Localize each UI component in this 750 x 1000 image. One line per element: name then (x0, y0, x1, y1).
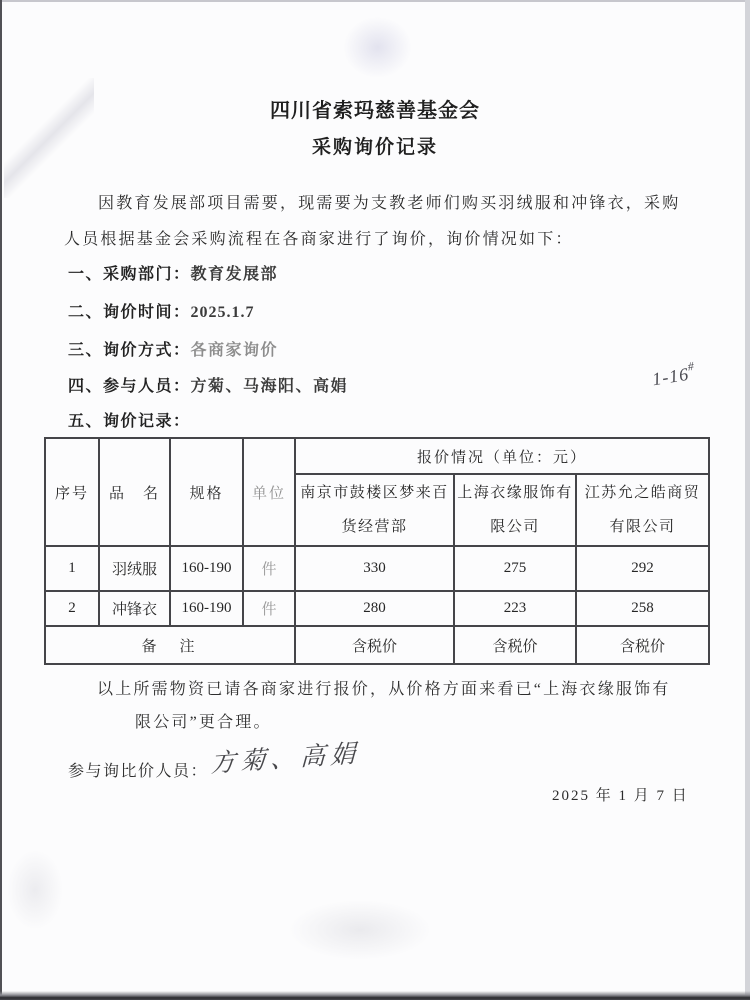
cell-unit: 件 (243, 546, 295, 591)
remark-label-cell: 备 注 (45, 626, 295, 664)
document-subtitle: 采购询价记录 (0, 132, 750, 159)
scan-edge-right (745, 0, 750, 1000)
document-title: 四川省索玛慈善基金会 (0, 94, 750, 123)
cell-spec: 160-190 (170, 591, 243, 626)
list-item-department: 一、采购部门：教育发展部 (68, 261, 278, 284)
scan-bleedthrough-artifact (330, 5, 425, 90)
cell-seq: 1 (45, 546, 99, 591)
signature-row: 参与询比价人员：方菊、高娟 (68, 748, 358, 784)
col-header-name: 品 名 (99, 438, 170, 546)
conclusion-line2: 限公司”更合理。 (135, 709, 272, 732)
item-label: 三、询价方式： (68, 342, 191, 359)
scan-edge-bottom (0, 991, 750, 1000)
list-item-inquiry-record: 五、询价记录： (68, 408, 191, 431)
remark-vendor2: 含税价 (454, 626, 576, 664)
cell-price-vendor2: 275 (454, 546, 576, 591)
remark-vendor1: 含税价 (295, 626, 454, 664)
cell-name: 羽绒服 (99, 546, 170, 591)
table-row-shell-jacket: 2 冲锋衣 160-190 件 280 223 258 (45, 591, 709, 626)
cell-price-vendor1: 280 (295, 591, 454, 626)
cell-price-vendor2: 223 (454, 591, 576, 626)
cell-price-vendor3: 292 (576, 546, 709, 591)
quotation-table: 序号 品 名 规格 单位 报价情况（单位：元） 南京市鼓楼区梦来百货经营部 上海… (44, 437, 710, 665)
item-label: 五、询价记录： (68, 413, 191, 430)
handwritten-signatures: 方菊、高娟 (210, 733, 361, 780)
vendor-header-shanghai: 上海衣缘服饰有限公司 (454, 474, 576, 546)
scan-smudge-artifact (0, 840, 70, 940)
list-item-participants: 四、参与人员：方菊、马海阳、高娟 (68, 373, 348, 396)
page-mark-superscript: # (687, 359, 696, 374)
remark-vendor3: 含税价 (576, 626, 709, 664)
item-value: 各商家询价 (191, 342, 279, 359)
item-label: 四、参与人员： (68, 378, 191, 395)
intro-paragraph-line2: 人员根据基金会采购流程在各商家进行了询价，询价情况如下： (64, 226, 574, 249)
signature-label: 参与询比价人员： (68, 763, 208, 780)
cell-price-vendor3: 258 (576, 591, 709, 626)
col-header-spec: 规格 (170, 438, 243, 546)
cell-unit: 件 (243, 591, 295, 626)
table-row-down-jacket: 1 羽绒服 160-190 件 330 275 292 (45, 546, 709, 591)
scan-edge-top (0, 0, 750, 2)
vendor-header-jiangsu: 江苏允之皓商贸有限公司 (576, 474, 709, 546)
item-value: 2025.1.7 (191, 304, 255, 321)
handwritten-page-mark: 1-16# (650, 361, 697, 391)
table-row-remark: 备 注 含税价 含税价 含税价 (45, 626, 709, 664)
cell-seq: 2 (45, 591, 99, 626)
vendor-header-nanjing: 南京市鼓楼区梦来百货经营部 (295, 474, 454, 546)
conclusion-line1: 以上所需物资已请各商家进行报价，从价格方面来看已“上海衣缘服饰有 (97, 676, 671, 699)
item-value: 方菊、马海阳、高娟 (191, 378, 349, 395)
item-value: 教育发展部 (191, 266, 279, 283)
col-header-seq: 序号 (45, 438, 99, 546)
document-date: 2025 年 1 月 7 日 (552, 784, 689, 805)
cell-price-vendor1: 330 (295, 546, 454, 591)
scan-smudge-artifact (265, 890, 455, 970)
cell-name: 冲锋衣 (99, 591, 170, 626)
cell-spec: 160-190 (170, 546, 243, 591)
item-label: 二、询价时间： (68, 304, 191, 321)
intro-paragraph-line1: 因教育发展部项目需要，现需要为支教老师们购买羽绒服和冲锋衣，采购 (98, 190, 680, 213)
col-header-unit: 单位 (243, 438, 295, 546)
page-mark-text: 1-16 (651, 364, 691, 390)
item-label: 一、采购部门： (68, 266, 191, 283)
table-row-quote-title: 序号 品 名 规格 单位 报价情况（单位：元） (45, 438, 709, 474)
list-item-inquiry-method: 三、询价方式：各商家询价 (68, 337, 278, 360)
scanned-document-page: 四川省索玛慈善基金会 采购询价记录 因教育发展部项目需要，现需要为支教老师们购买… (0, 0, 750, 1000)
quote-title-header: 报价情况（单位：元） (295, 438, 709, 474)
list-item-inquiry-date: 二、询价时间：2025.1.7 (68, 299, 255, 322)
scan-edge-left (0, 0, 2, 1000)
